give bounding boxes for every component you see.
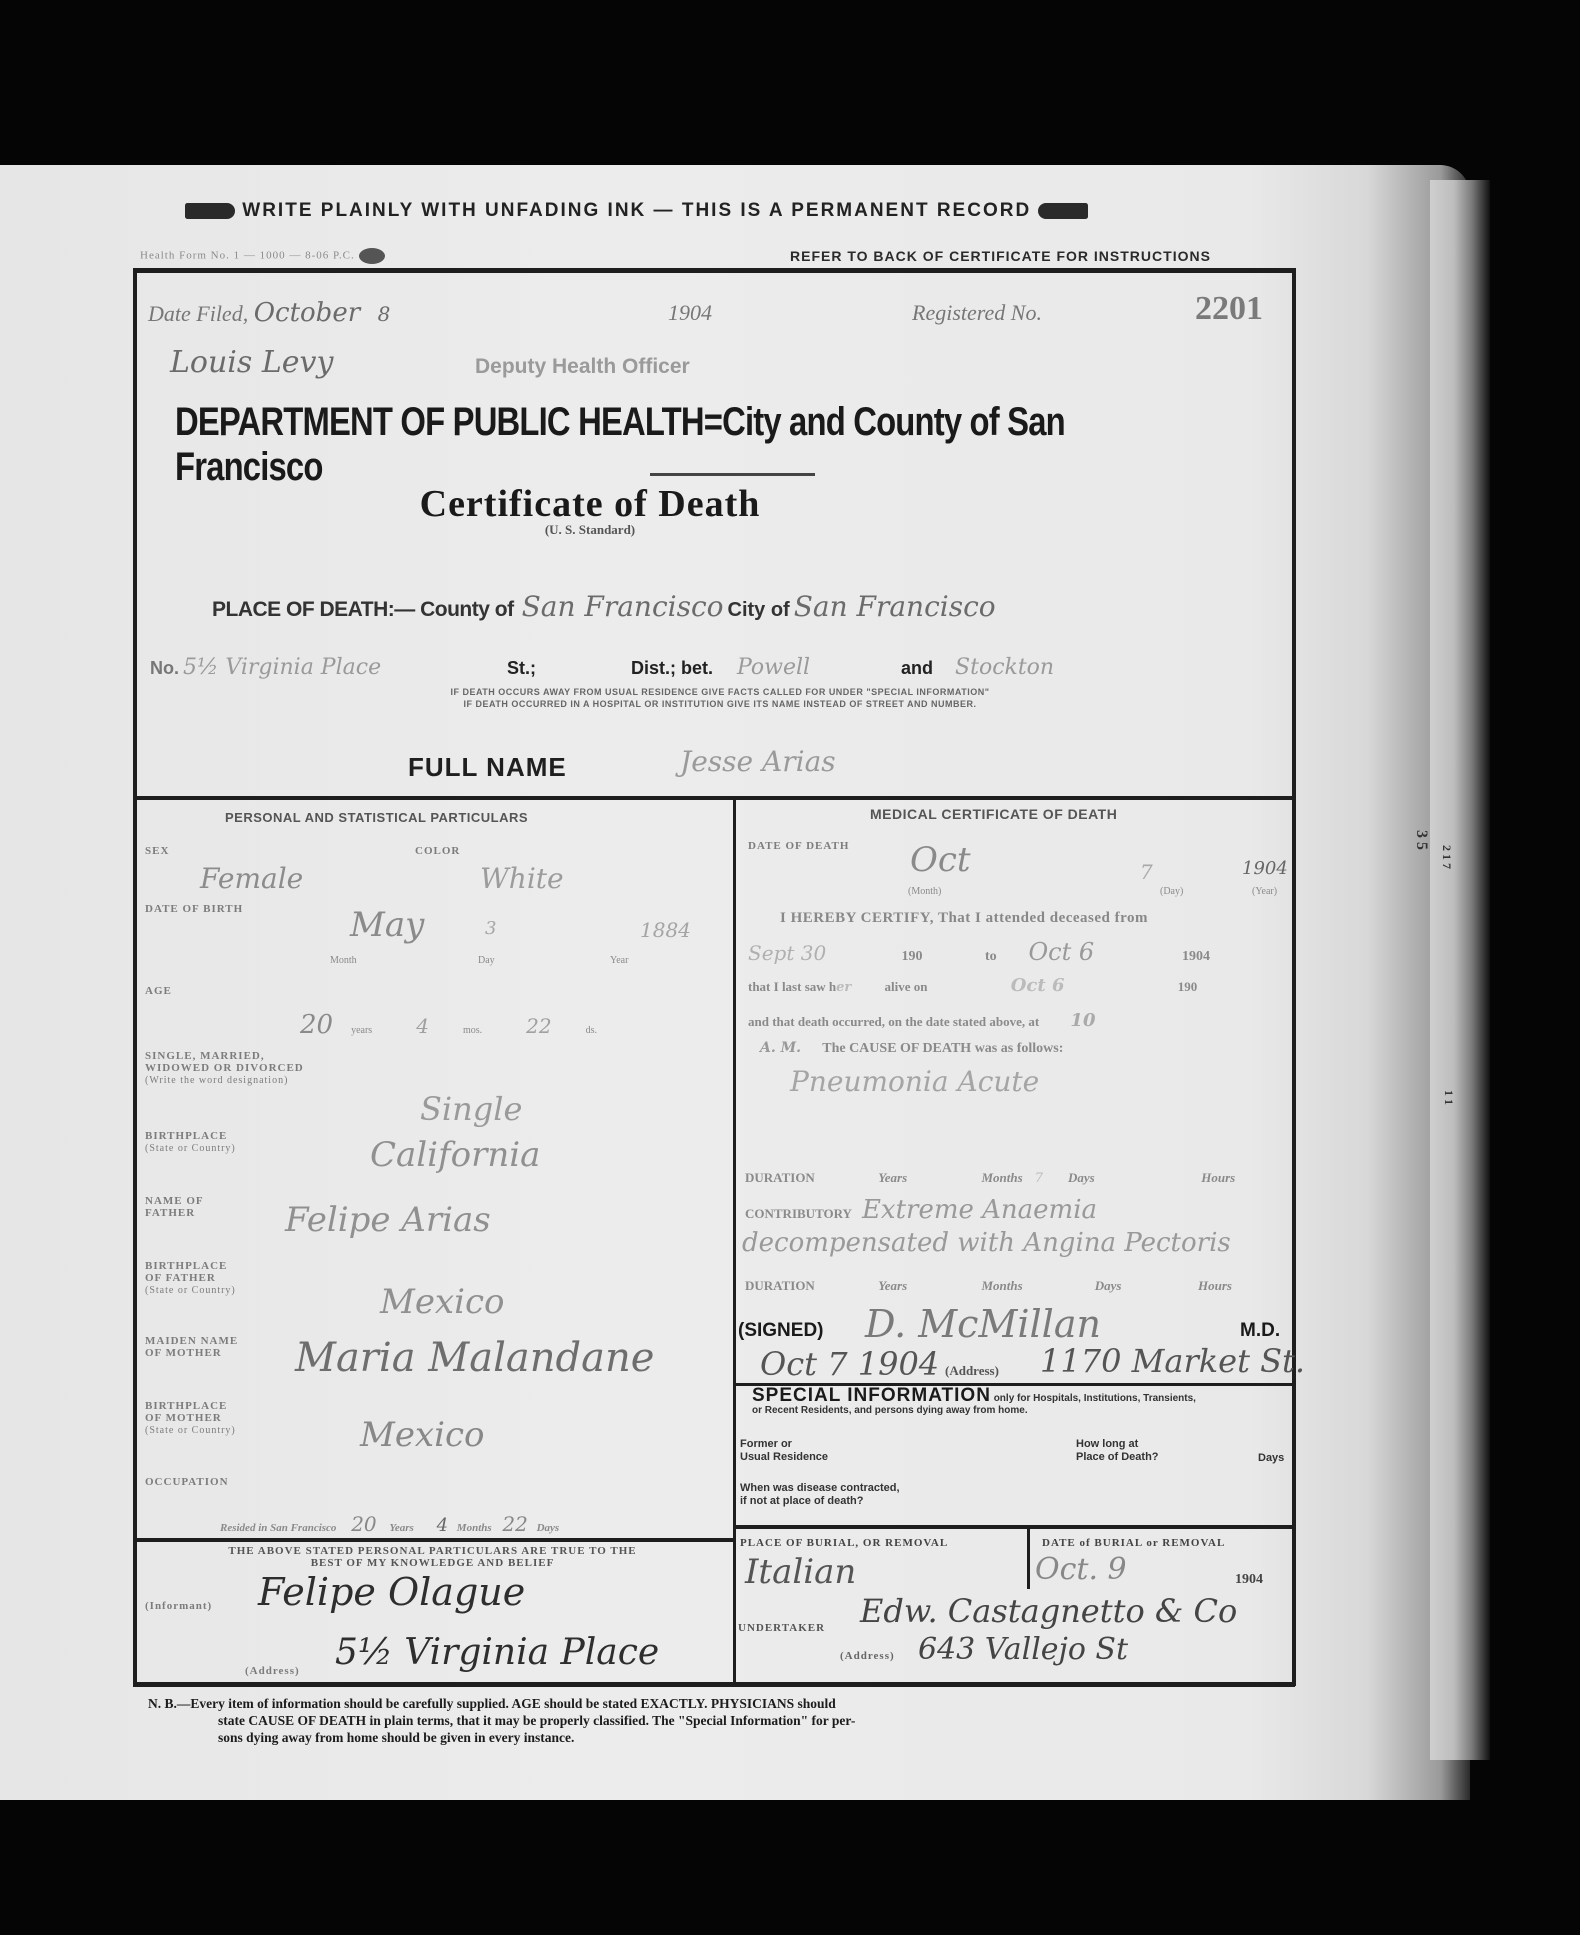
frame-top-rule — [133, 268, 1295, 273]
full-name-label: FULL NAME — [408, 752, 567, 783]
section-divider — [133, 796, 1295, 800]
burial-place-label: PLACE OF BURIAL, OR REMOVAL — [740, 1537, 948, 1549]
age-label: AGE — [145, 985, 172, 997]
column-divider — [733, 800, 736, 1682]
undertaker-label: UNDERTAKER — [738, 1622, 825, 1634]
medical-heading: MEDICAL CERTIFICATE OF DEATH — [870, 806, 1117, 822]
burial-date-label: DATE of BURIAL or REMOVAL — [1042, 1537, 1225, 1549]
filed-year: 1904 — [668, 300, 712, 326]
contracted-label: When was disease contracted, if not at p… — [740, 1482, 900, 1508]
book-page-edges — [1430, 180, 1490, 1760]
birthplace-value: California — [370, 1135, 540, 1175]
last-saw-row: that I last saw her alive on Oct 6 190 — [748, 975, 1288, 996]
place-of-death-note: IF DEATH OCCURS AWAY FROM USUAL RESIDENC… — [290, 686, 1150, 710]
edge-mark: 2 1 7 — [1438, 845, 1454, 869]
father-name-label: NAME OF FATHER — [145, 1195, 204, 1219]
informant-divider — [137, 1538, 733, 1542]
resided-row: Resided in San Francisco 20 Years 4 Mont… — [220, 1512, 559, 1536]
pointing-hand-icon — [1038, 203, 1088, 219]
death-year: 1904 — [1242, 858, 1288, 879]
date-filed: Date Filed, October 8 — [148, 298, 390, 328]
burial-year: 1904 — [1235, 1572, 1263, 1588]
informant-statement: THE ABOVE STATED PERSONAL PARTICULARS AR… — [145, 1545, 720, 1569]
color-value: White — [480, 862, 564, 895]
form-code: Health Form No. 1 — 1000 — 8-06 P.C. — [140, 248, 385, 264]
signed-date: Oct 7 1904 — [760, 1345, 939, 1383]
sex-label: SEX — [145, 845, 169, 857]
sex-value: Female — [200, 862, 303, 895]
registered-number: 2201 — [1195, 290, 1263, 328]
footnote: N. B.—Every item of information should b… — [148, 1695, 1238, 1746]
duration-row-2: DURATION Years Months Days Hours — [745, 1278, 1290, 1294]
dob-year: 1884 — [640, 918, 691, 942]
informant-address-label: (Address) — [245, 1665, 300, 1677]
dob-day: 3 — [485, 918, 496, 939]
registered-label: Registered No. — [912, 300, 1042, 326]
deputy-signature: Louis Levy — [170, 345, 333, 380]
death-occurred-row: and that death occurred, on the date sta… — [748, 1010, 1288, 1031]
informant-name: Felipe Olague — [258, 1570, 525, 1614]
certificate-title: Certificate of Death — [0, 482, 1380, 526]
undertaker-address: 643 Vallejo St — [918, 1632, 1128, 1667]
mother-birthplace-label: BIRTHPLACE OF MOTHER (State or Country) — [145, 1400, 236, 1437]
death-day: 7 — [1140, 860, 1153, 884]
signed-label: (SIGNED) — [738, 1320, 824, 1342]
physician-address-label: (Address) — [945, 1363, 999, 1379]
header-banner-text: WRITE PLAINLY WITH UNFADING INK — THIS I… — [242, 200, 1031, 221]
date-of-death-label: DATE OF DEATH — [748, 840, 849, 852]
undertaker-address-label: (Address) — [840, 1650, 895, 1662]
duration-row-1: DURATION Years Months 7 Days Hours — [745, 1170, 1290, 1186]
cause-of-death: Pneumonia Acute — [790, 1065, 1039, 1098]
age-value: 20 years 4 mos. 22 ds. — [300, 1010, 597, 1040]
frame-left-rule — [133, 268, 137, 1686]
marital-value: Single — [420, 1090, 522, 1128]
frame-right-rule — [1292, 268, 1296, 1686]
city-value: San Francisco — [794, 590, 996, 623]
occupation-label: OCCUPATION — [145, 1476, 229, 1488]
informant-label: (Informant) — [145, 1600, 212, 1612]
how-long-label: How long at Place of Death? — [1076, 1438, 1159, 1464]
burial-column-divider — [1027, 1529, 1030, 1589]
frame-bottom-rule — [133, 1682, 1295, 1687]
cause-intro-row: A. M. The CAUSE OF DEATH was as follows: — [760, 1040, 1280, 1057]
street-value: 5½ Virginia Place — [183, 655, 503, 680]
edge-mark: 1 1 — [1440, 1090, 1456, 1105]
county-value: San Francisco — [522, 590, 724, 623]
burial-date: Oct. 9 — [1035, 1552, 1127, 1587]
mother-name-value: Maria Malandane — [295, 1335, 654, 1381]
edge-mark: 3 5 — [1410, 830, 1430, 850]
printer-seal-icon — [359, 248, 385, 264]
instructions-reference: REFER TO BACK OF CERTIFICATE FOR INSTRUC… — [790, 248, 1211, 264]
burial-place: Italian — [745, 1552, 856, 1592]
father-name-value: Felipe Arias — [285, 1200, 491, 1240]
color-label: COLOR — [415, 845, 460, 857]
death-month: Oct — [910, 840, 971, 880]
title-divider — [650, 473, 815, 476]
between-street-1: Powell — [737, 655, 897, 680]
contributory-row: CONTRIBUTORY Extreme Anaemia — [745, 1195, 1097, 1225]
mother-name-label: MAIDEN NAME OF MOTHER — [145, 1335, 238, 1359]
contributory-line-2: decompensated with Angina Pectoris — [742, 1228, 1231, 1258]
marital-label: SINGLE, MARRIED, WIDOWED OR DIVORCED (Wr… — [145, 1050, 304, 1087]
dob-label: DATE OF BIRTH — [145, 903, 243, 915]
father-birthplace-label: BIRTHPLACE OF FATHER (State or Country) — [145, 1260, 236, 1297]
certificate-heading: Certificate of Death (U. S. Standard) — [0, 482, 1380, 538]
physician-address: 1170 Market St. — [1040, 1342, 1305, 1380]
full-name-value: Jesse Arias — [680, 745, 836, 778]
birthplace-label: BIRTHPLACE (State or Country) — [145, 1130, 236, 1155]
informant-address: 5½ Virginia Place — [335, 1632, 659, 1673]
undertaker-name: Edw. Castagnetto & Co — [860, 1592, 1237, 1630]
md-label: M.D. — [1240, 1320, 1280, 1342]
physician-signature: D. McMillan — [865, 1302, 1101, 1346]
personal-heading: PERSONAL AND STATISTICAL PARTICULARS — [225, 810, 528, 825]
address-row: No. 5½ Virginia Place St.; Dist.; bet. P… — [150, 655, 1290, 680]
father-birthplace-value: Mexico — [380, 1282, 505, 1322]
department-title: DEPARTMENT OF PUBLIC HEALTH=City and Cou… — [175, 400, 1085, 490]
mother-birthplace-value: Mexico — [360, 1415, 485, 1455]
former-residence-label: Former or Usual Residence — [740, 1438, 828, 1464]
attended-dates: Sept 30 190 to Oct 6 1904 — [748, 938, 1288, 966]
certify-text: I HEREBY CERTIFY, That I attended deceas… — [780, 910, 1148, 927]
deputy-title: Deputy Health Officer — [475, 355, 690, 379]
between-street-2: Stockton — [955, 655, 1054, 680]
header-banner: WRITE PLAINLY WITH UNFADING INK — THIS I… — [185, 200, 1285, 222]
pointing-hand-icon — [185, 203, 235, 219]
place-of-death-row: PLACE OF DEATH:— County of San Francisco… — [212, 590, 996, 623]
burial-divider — [736, 1525, 1292, 1529]
dob-month: May — [350, 905, 424, 945]
days-label: Days — [1258, 1452, 1284, 1464]
special-heading: SPECIAL INFORMATION only for Hospitals, … — [752, 1390, 1292, 1417]
